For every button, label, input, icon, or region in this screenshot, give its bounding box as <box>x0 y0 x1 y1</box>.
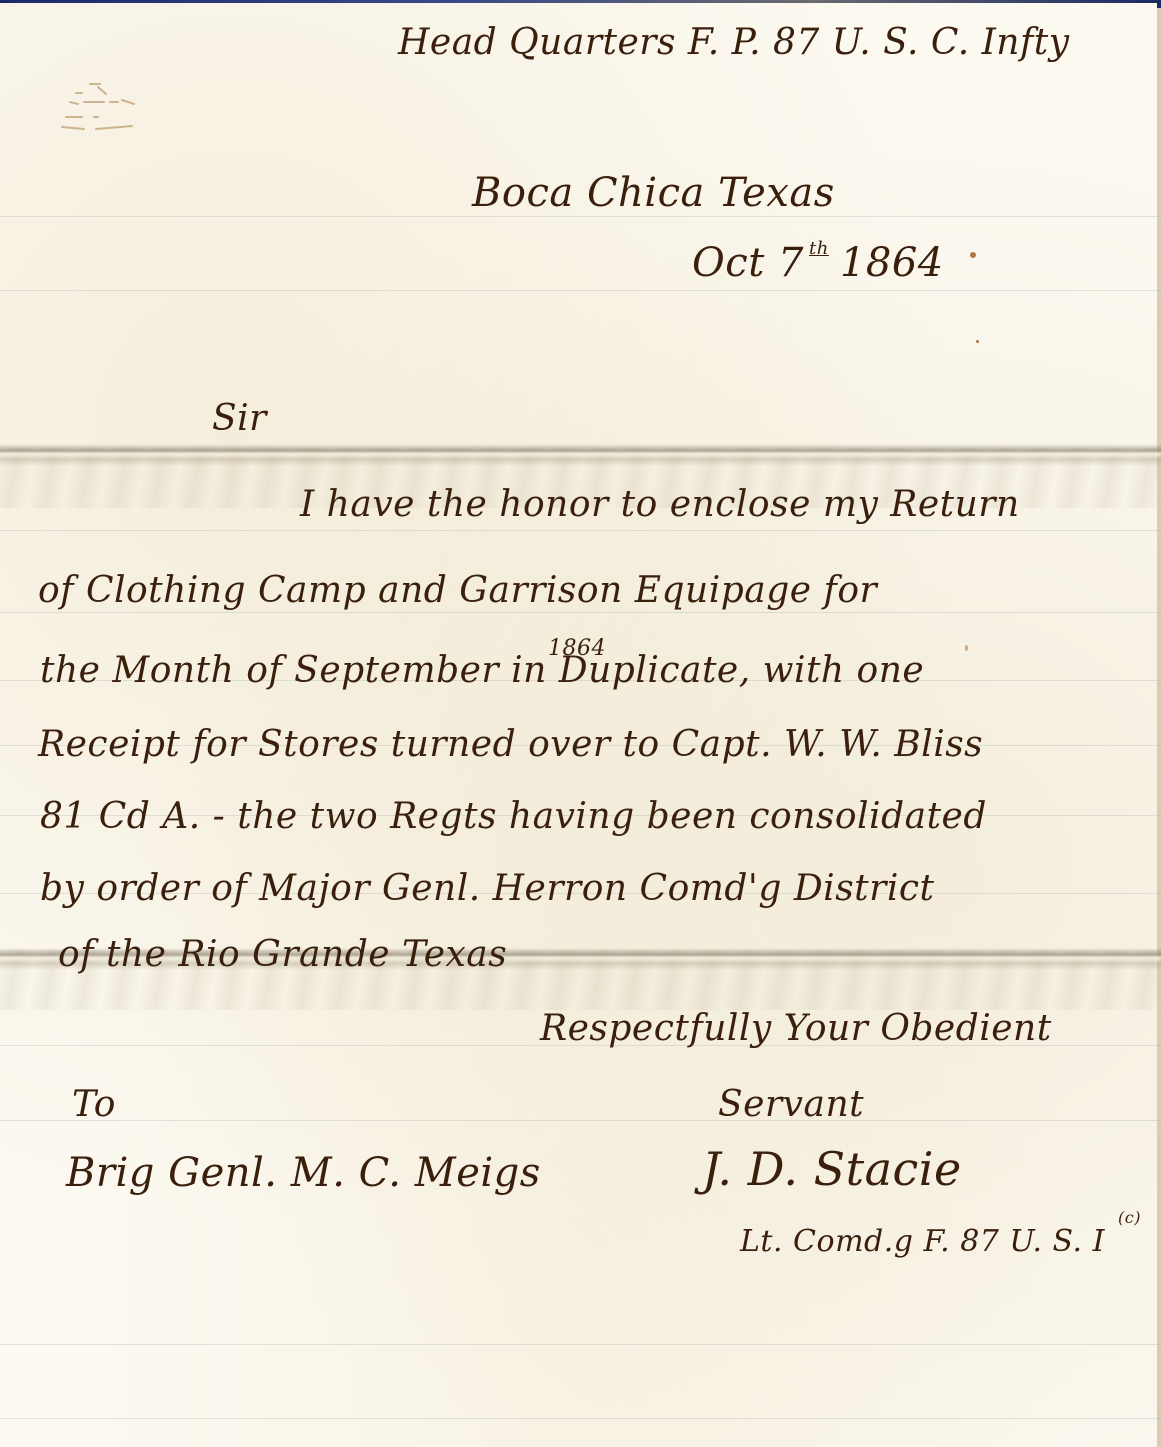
closing-line-2: Servant <box>718 1084 864 1125</box>
letter-page: Head Quarters F. P. 87 U. S. C. Infty Bo… <box>0 0 1161 1447</box>
body-line-1: I have the honor to enclose my Return <box>300 484 1020 525</box>
signature-title: Lt. Comd.g F. 87 U. S. I <box>740 1224 1105 1259</box>
signature-title-superscript: (c) <box>1118 1208 1141 1227</box>
addressee-to: To <box>72 1084 116 1125</box>
scan-top-edge <box>0 0 1161 3</box>
ruled-line <box>0 290 1161 291</box>
date-year: 1864 <box>840 240 944 286</box>
fold-line-upper <box>0 444 1161 466</box>
date-ordinal: th <box>809 238 829 259</box>
letterhead-unit: Head Quarters F. P. 87 U. S. C. Infty <box>398 22 1070 63</box>
ruled-line <box>0 1344 1161 1345</box>
ink-spot <box>976 340 979 343</box>
ink-spot <box>965 645 968 651</box>
closing-line-1: Respectfully Your Obedient <box>540 1008 1052 1049</box>
body-line-6: by order of Major Genl. Herron Comd'g Di… <box>40 868 935 909</box>
ink-spot <box>970 252 976 258</box>
body-line-3: the Month of September in Duplicate, wit… <box>40 650 924 691</box>
signature-name: J. D. Stacie <box>702 1142 962 1196</box>
addressee-name: Brig Genl. M. C. Meigs <box>66 1150 541 1196</box>
ruled-line <box>0 1418 1161 1419</box>
scan-right-edge <box>1157 0 1161 1447</box>
body-line-4: Receipt for Stores turned over to Capt. … <box>38 724 983 765</box>
letter-date: Oct 7 th 1864 <box>692 240 944 286</box>
ruled-line <box>0 1120 1161 1121</box>
body-line-5: 81 Cd A. - the two Regts having been con… <box>40 796 987 837</box>
salutation: Sir <box>212 398 267 439</box>
letter-place: Boca Chica Texas <box>472 170 835 216</box>
body-line-7: of the Rio Grande Texas <box>58 934 507 975</box>
date-month-day: Oct 7 <box>692 240 804 286</box>
ruled-line <box>0 216 1161 217</box>
embossed-stamp-icon <box>48 78 148 138</box>
ruled-line <box>0 530 1161 531</box>
body-line-2: of Clothing Camp and Garrison Equipage f… <box>38 570 877 611</box>
ruled-line <box>0 612 1161 613</box>
